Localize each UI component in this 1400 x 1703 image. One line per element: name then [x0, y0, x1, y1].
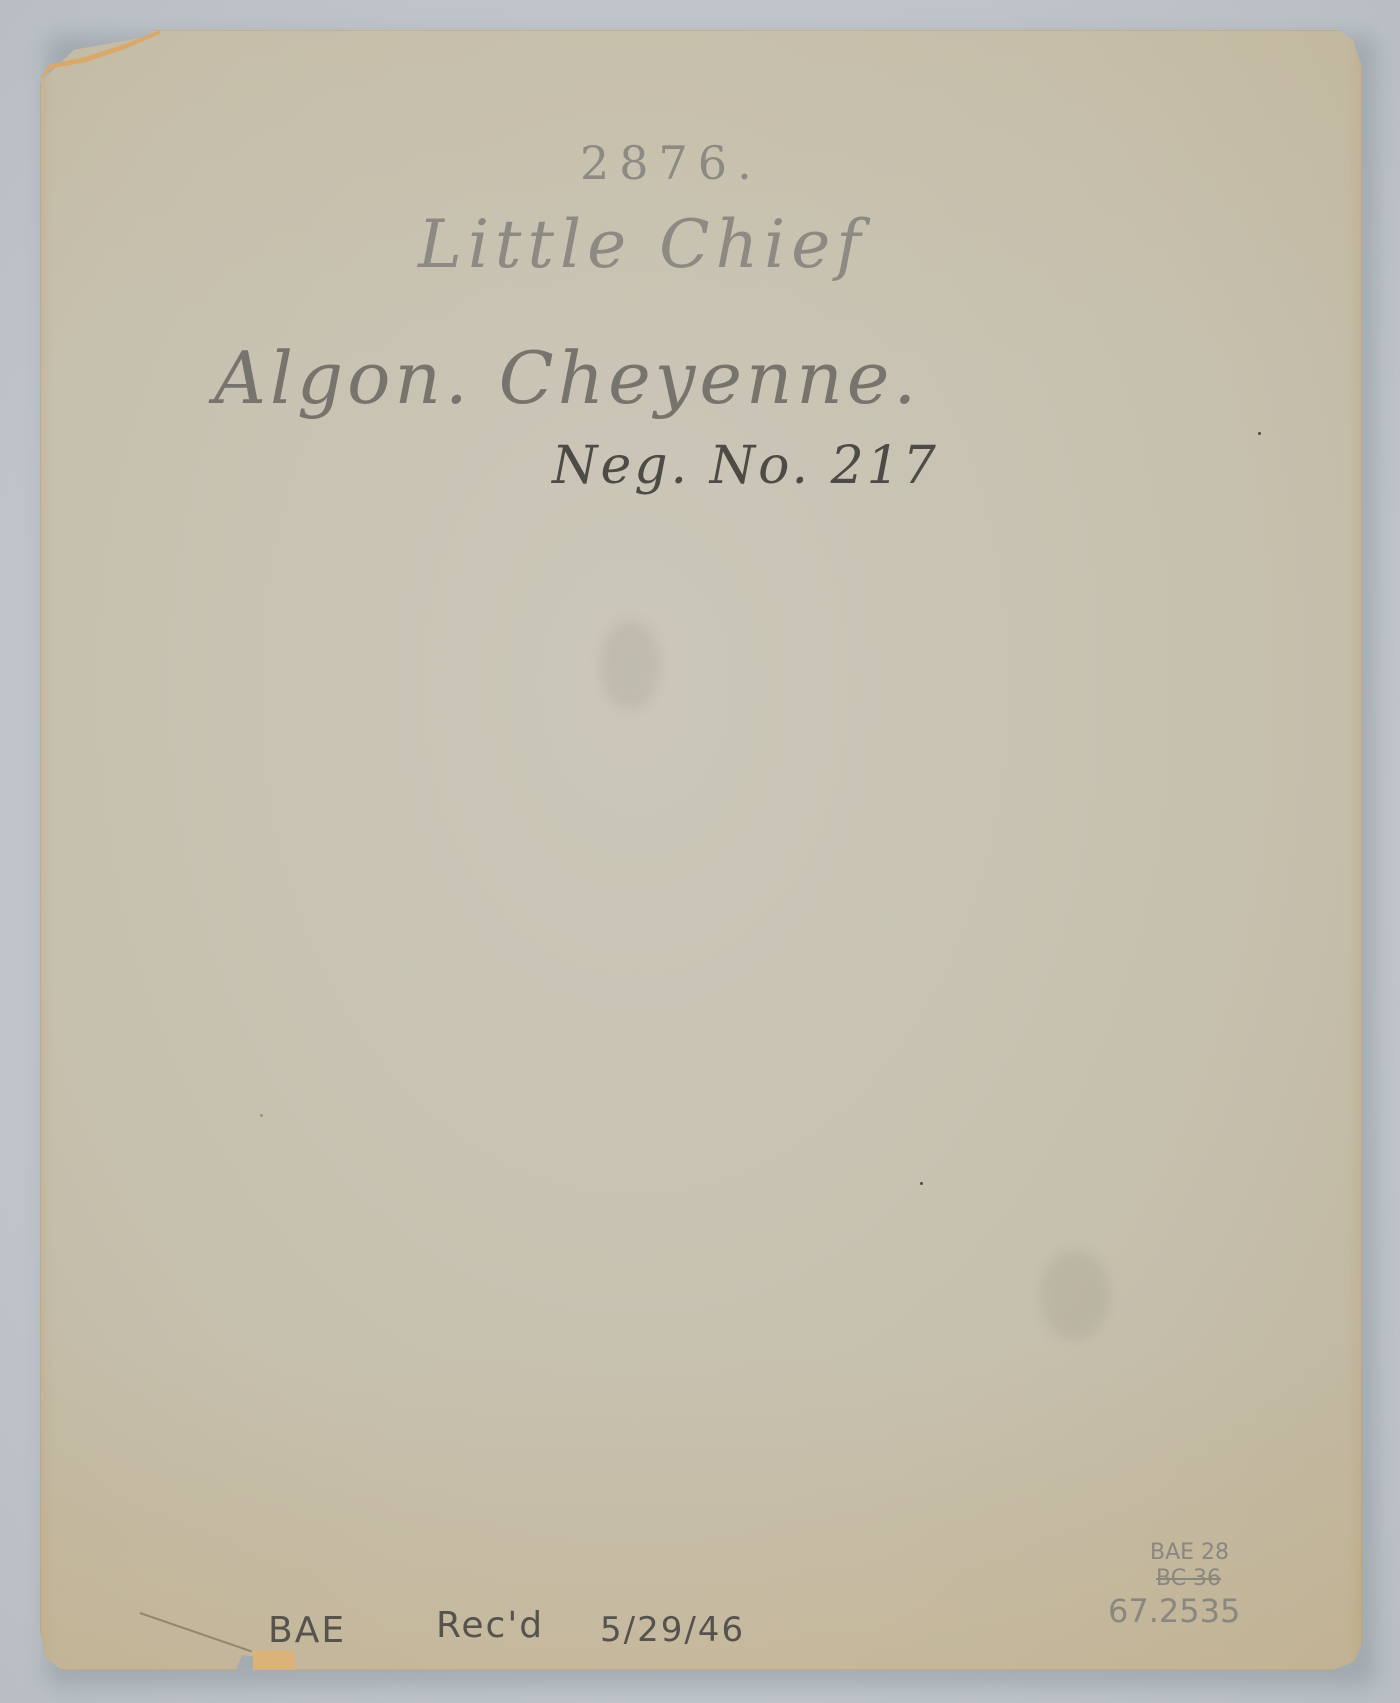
- tribe-annotation: Algon. Cheyenne.: [214, 336, 920, 420]
- smudge-mark: [1040, 1250, 1110, 1340]
- catalog-line-bae: BAE 28: [1150, 1540, 1229, 1565]
- receipt-date: 5/29/46: [600, 1610, 745, 1650]
- catalog-line-struck: BC 36: [1156, 1566, 1221, 1591]
- catalog-accession-number: 67.2535: [1108, 1592, 1240, 1630]
- torn-bottom-edge: [253, 1650, 295, 1670]
- speck: [260, 1114, 263, 1117]
- speck: [1258, 432, 1261, 435]
- smudge-mark: [600, 620, 660, 710]
- catalog-number-annotation: 2876.: [580, 136, 762, 190]
- subject-name-annotation: Little Chief: [418, 206, 867, 283]
- receipt-label: Rec'd: [436, 1605, 544, 1646]
- speck: [920, 1182, 923, 1185]
- negative-number-annotation: Neg. No. 217: [552, 436, 939, 496]
- receipt-org: BAE: [268, 1610, 346, 1651]
